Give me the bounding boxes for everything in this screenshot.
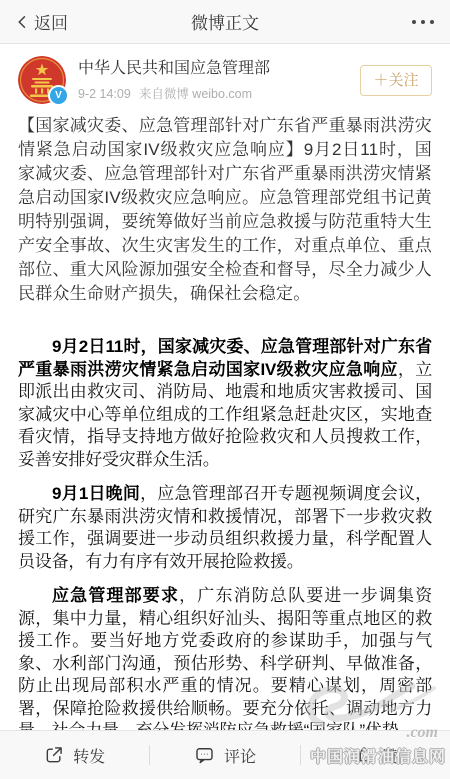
like-button[interactable]: 赞 <box>301 731 450 779</box>
back-label: 返回 <box>34 9 68 34</box>
profile-meta: 中华人民共和国应急管理部 9-2 14:09来自微博 weibo.com <box>78 58 360 102</box>
back-button[interactable]: 返回 <box>14 9 68 34</box>
timestamp-text: 9-2 14:09 <box>78 87 131 101</box>
article-paragraph-body: ，广东消防总队要进一步调集资源，集中力量，精心组织好汕头、揭阳等重点地区的救援工… <box>18 586 432 740</box>
verified-badge-icon: V <box>48 85 69 106</box>
repost-icon <box>44 745 64 765</box>
post-text: 【国家减灾委、应急管理部针对广东省严重暴雨洪涝灾情紧急启动国家IV级救灾应急响应… <box>18 114 432 306</box>
article-image[interactable]: 9月2日11时，国家减灾委、应急管理部针对广东省严重暴雨洪涝灾情紧急启动国家IV… <box>18 336 432 743</box>
comment-icon <box>194 745 215 765</box>
avatar[interactable]: V <box>18 56 66 104</box>
thumbs-up-icon <box>353 745 373 765</box>
comment-label: 评论 <box>224 744 256 767</box>
article-paragraph: 9月2日11时，国家减灾委、应急管理部针对广东省严重暴雨洪涝灾情紧急启动国家IV… <box>18 336 432 471</box>
post-timestamp: 9-2 14:09来自微博 weibo.com <box>78 84 360 102</box>
more-dots-icon <box>412 20 434 24</box>
repost-label: 转发 <box>73 744 105 767</box>
article-paragraph-lead: 9月1日晚间 <box>52 484 140 503</box>
profile-row: V 中华人民共和国应急管理部 9-2 14:09来自微博 weibo.com ＋… <box>18 56 432 104</box>
navbar: 返回 微博正文 <box>0 0 450 44</box>
article-paragraph-lead: 9月2日11时，国家减灾委、应急管理部针对广东省严重暴雨洪涝灾情紧急启动国家IV… <box>18 337 432 379</box>
weibo-post-page: 返回 微博正文 V <box>0 0 450 779</box>
profile-name[interactable]: 中华人民共和国应急管理部 <box>78 58 360 80</box>
article-paragraph: 9月1日晚间，应急管理部召开专题视频调度会议，研究广东暴雨洪涝灾情和救援情况，部… <box>18 483 432 573</box>
bottom-toolbar: 转发 评论 赞 <box>0 730 450 779</box>
chevron-left-icon <box>14 13 32 31</box>
repost-button[interactable]: 转发 <box>0 731 149 779</box>
article-paragraph-lead: 应急管理部要求 <box>52 586 179 605</box>
source-text: 来自微博 weibo.com <box>139 87 252 101</box>
follow-button[interactable]: ＋关注 <box>360 65 432 96</box>
post-content: V 中华人民共和国应急管理部 9-2 14:09来自微博 weibo.com ＋… <box>0 56 450 743</box>
like-label: 赞 <box>382 744 398 767</box>
article-paragraph: 应急管理部要求，广东消防总队要进一步调集资源，集中力量，精心组织好汕头、揭阳等重… <box>18 585 432 743</box>
comment-button[interactable]: 评论 <box>150 731 299 779</box>
more-button[interactable] <box>410 14 436 30</box>
